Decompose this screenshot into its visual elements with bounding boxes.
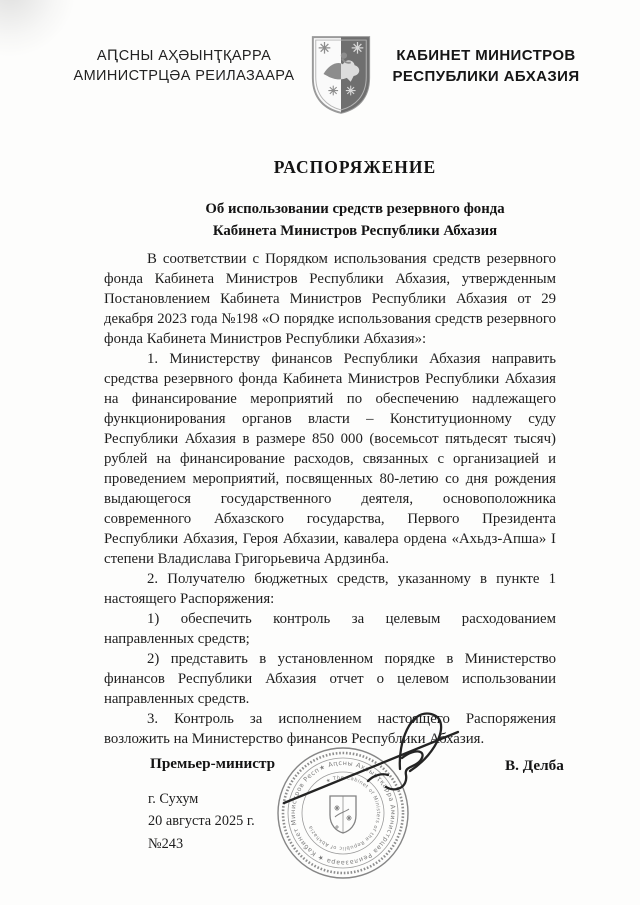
paragraph-item-2: 2. Получателю бюджетных средств, указанн… (104, 569, 556, 609)
header-abkhaz-title: АԤСНЫ АҲӘЫНҬҚАРРА АМИНИСТРЦӘА РЕИЛАЗААРА (66, 46, 302, 86)
paragraph-subitem-1: 1) обеспечить контроль за целевым расход… (104, 609, 556, 649)
signer-name: В. Делба (505, 757, 564, 775)
paragraph-item-1: 1. Министерству финансов Республики Абха… (104, 349, 556, 569)
scanned-document-page: АԤСНЫ АҲӘЫНҬҚАРРА АМИНИСТРЦӘА РЕИЛАЗААРА (0, 0, 640, 905)
header-russian-line1: КАБИНЕТ МИНИСТРОВ (388, 45, 584, 66)
signature-scribble (250, 695, 480, 830)
document-subject-line1: Об использовании средств резервного фонд… (130, 199, 580, 221)
paragraph-preamble: В соответствии с Порядком использования … (104, 249, 556, 349)
document-body: В соответствии с Порядком использования … (104, 249, 556, 749)
header-abkhaz-line2: АМИНИСТРЦӘА РЕИЛАЗААРА (66, 66, 302, 86)
header-russian-title: КАБИНЕТ МИНИСТРОВ РЕСПУБЛИКИ АБХАЗИЯ (388, 45, 584, 87)
document-date: 20 августа 2025 г. (148, 813, 255, 830)
document-subject-line2: Кабинета Министров Республики Абхазия (130, 221, 580, 243)
document-type-title: РАСПОРЯЖЕНИЕ (130, 157, 580, 178)
document-place: г. Сухум (148, 791, 198, 808)
coat-of-arms-icon (308, 33, 374, 117)
document-subject: Об использовании средств резервного фонд… (130, 199, 580, 242)
document-number: №243 (148, 836, 183, 853)
header-abkhaz-line1: АԤСНЫ АҲӘЫНҬҚАРРА (66, 46, 302, 66)
header-russian-line2: РЕСПУБЛИКИ АБХАЗИЯ (388, 66, 584, 87)
